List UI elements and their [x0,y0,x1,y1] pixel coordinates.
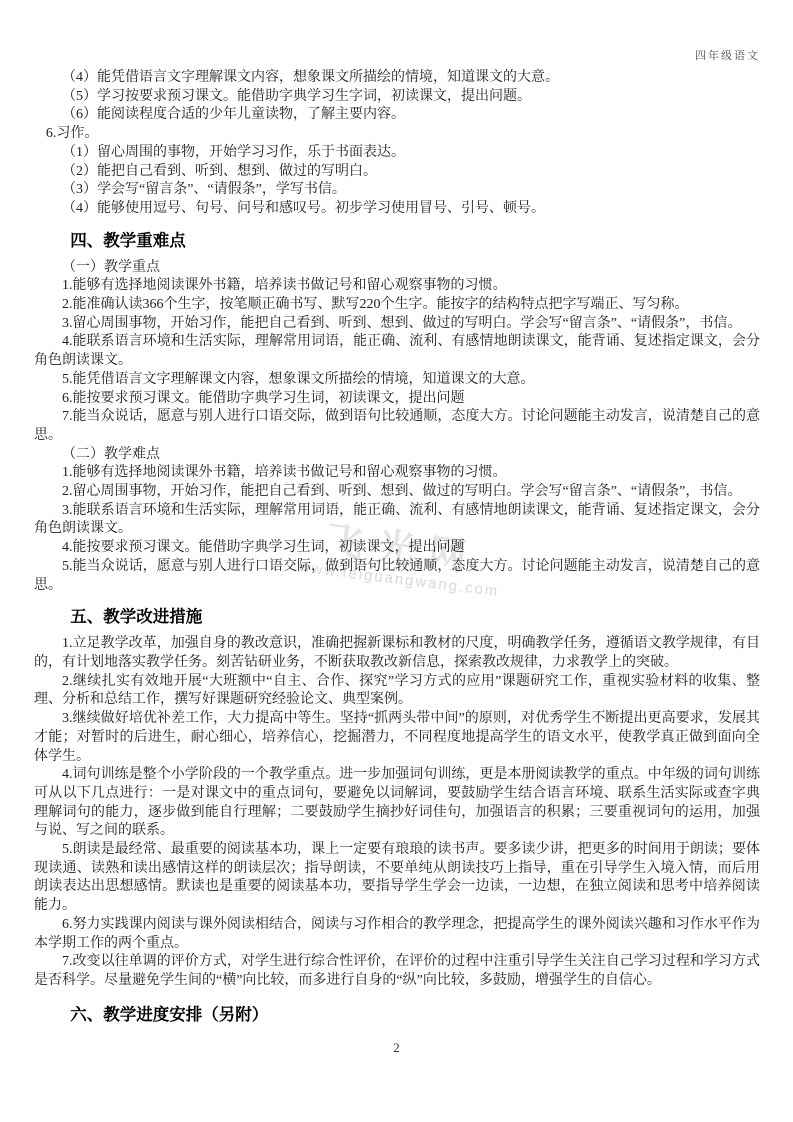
list-item: （3）学会写“留言条”、“请假条”，学写书信。 [34,181,760,200]
section-heading-5: 五、教学改进措施 [34,606,760,628]
subsection-label: （一）教学重点 [34,259,760,278]
list-item: 1.能够有选择地阅读课外书籍，培养读书做记号和留心观察事物的习惯。 [34,277,760,296]
list-item: （1）留心周围的事物，开始学习习作，乐于书面表达。 [34,144,760,163]
list-item: 6.努力实践课内阅读与课外阅读相结合，阅读与习作相合的教学理念，把提高学生的课外… [34,916,760,953]
list-item: 3.留心周围事物，开始习作，能把自己看到、听到、想到、做过的写明白。学会写“留言… [34,315,760,334]
list-item: 4.词句训练是整个小学阶段的一个教学重点。进一步加强词句训练，更是本册阅读教学的… [34,766,760,841]
list-item: 5.能当众说话，愿意与别人进行口语交际，做到语句比较通顺，态度大方。讨论问题能主… [34,558,760,595]
header-course-label: 四年级语文 [695,50,760,62]
list-item: 5.能凭借语言文字理解课文内容，想象课文所描绘的情境，知道课文的大意。 [34,371,760,390]
list-item: 1.能够有选择地阅读课外书籍，培养读书做记号和留心观察事物的习惯。 [34,464,760,483]
document-page: 四年级语文 飞光网 www.feiguangwang.com （4）能凭借语言文… [0,0,793,1122]
list-item: （6）能阅读程度合适的少年儿童读物，了解主要内容。 [34,106,760,125]
list-item: 7.改变以往单调的评价方式，对学生进行综合性评价，在评价的过程中注重引导学生关注… [34,953,760,990]
list-item: 5.朗读是最经常、最重要的阅读基本功，课上一定要有琅琅的读书声。要多读少讲，把更… [34,841,760,916]
list-item: 4.能按要求预习课文。能借助字典学习生词，初读课文，提出问题 [34,539,760,558]
list-item: （4）能凭借语言文字理解课文内容，想象课文所描绘的情境，知道课文的大意。 [34,69,760,88]
list-item: 3.继续做好培优补差工作，大力提高中等生。坚持“抓两头带中间”的原则，对优秀学生… [34,710,760,766]
page-number: 2 [0,1040,793,1056]
list-item: 6.习作。 [34,125,760,144]
list-item: 4.能联系语言环境和生活实际，理解常用词语，能正确、流利、有感情地朗读课文，能背… [34,333,760,370]
list-item: 7.能当众说话，愿意与别人进行口语交际，做到语句比较通顺，态度大方。讨论问题能主… [34,408,760,445]
document-content: （4）能凭借语言文字理解课文内容，想象课文所描绘的情境，知道课文的大意。 （5）… [34,69,760,1026]
list-item: （2）能把自己看到、听到、想到、做过的写明白。 [34,163,760,182]
list-item: 2.留心周围事物，开始习作，能把自己看到、听到、想到、做过的写明白。学会写“留言… [34,483,760,502]
list-item: 3.能联系语言环境和生活实际，理解常用词语，能正确、流利、有感情地朗读课文，能背… [34,502,760,539]
list-item: （5）学习按要求预习课文。能借助字典学习生字词，初读课文，提出问题。 [34,88,760,107]
list-item: 1.立足教学改革，加强自身的教改意识，准确把握新课标和教材的尺度，明确教学任务，… [34,635,760,672]
list-item: （4）能够使用逗号、句号、问号和感叹号。初步学习使用冒号、引号、顿号。 [34,200,760,219]
list-item: 6.能按要求预习课文。能借助字典学习生词，初读课文，提出问题 [34,390,760,409]
list-item: 2.能准确认读366个生字，按笔顺正确书写、默写220个生字。能按字的结构特点把… [34,296,760,315]
page-header: 四年级语文 [0,0,793,63]
section-heading-4: 四、教学重难点 [34,230,760,252]
section-heading-6: 六、教学进度安排（另附） [34,1004,760,1026]
subsection-label: （二）教学难点 [34,446,760,465]
list-item: 2.继续扎实有效地开展“大班额中“自主、合作、探究”学习方式的应用”课题研究工作… [34,673,760,710]
